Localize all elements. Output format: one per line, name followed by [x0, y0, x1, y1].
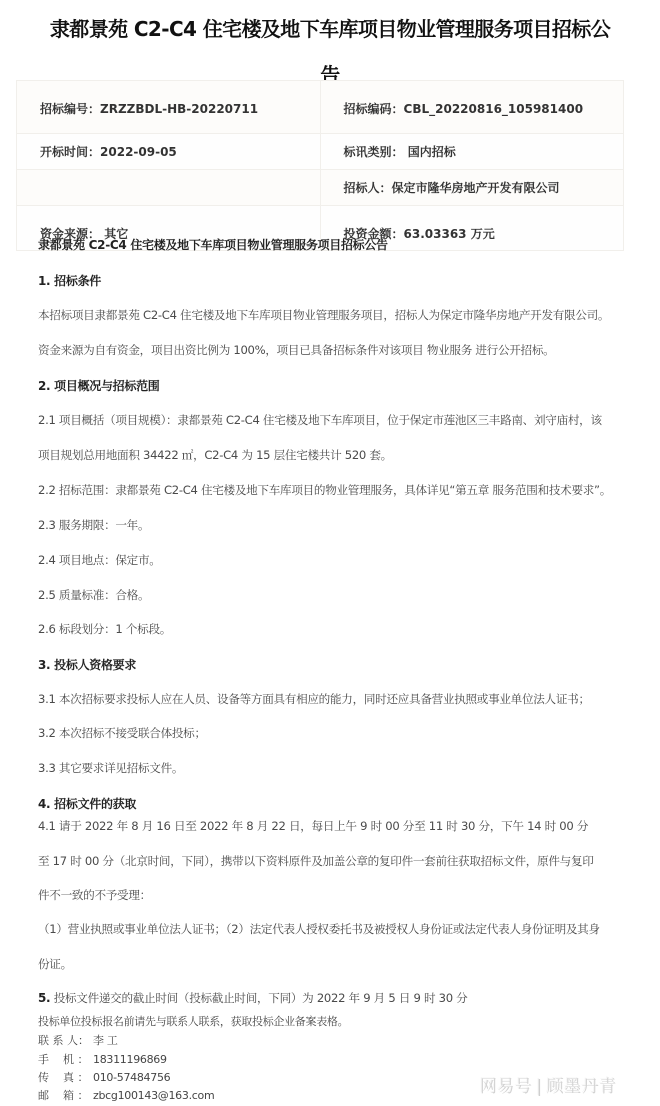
table-row: 招标编号：ZRZZBDL-HB-20220711 招标编码：CBL_202208…: [17, 81, 624, 134]
tenderer-cell: 招标人：保定市隆华房地产开发有限公司: [320, 170, 624, 206]
bid-code-cell: 招标编码：CBL_20220816_105981400: [320, 81, 624, 134]
email-label: 邮 箱 ：: [38, 1087, 93, 1103]
paragraph: 2.4 项目地点：保定市。: [38, 552, 638, 568]
section-1-heading: 1. 招标条件: [38, 272, 638, 289]
section-4-heading: 4. 招标文件的获取: [38, 795, 638, 812]
watermark-author: 顾墨丹青: [547, 1077, 617, 1097]
watermark-source: 网易号: [480, 1077, 533, 1097]
section-2-heading: 2. 项目概况与招标范围: [38, 377, 638, 394]
table-row: 开标时间：2022-09-05 标讯类别： 国内招标: [17, 134, 624, 170]
section-3-heading: 3. 投标人资格要求: [38, 656, 638, 673]
watermark-separator: |: [537, 1077, 543, 1097]
bid-info-table: 招标编号：ZRZZBDL-HB-20220711 招标编码：CBL_202208…: [16, 80, 624, 251]
opening-time-cell: 开标时间：2022-09-05: [17, 134, 321, 170]
paragraph: 4.1 请于 2022 年 8 月 16 日至 2022 年 8 月 22 日，…: [38, 818, 638, 834]
paragraph: 2.5 质量标准：合格。: [38, 587, 638, 603]
contact-person: 联 系 人：李 工: [38, 1032, 638, 1048]
empty-cell: [17, 170, 321, 206]
paragraph: 份证。: [38, 956, 638, 972]
contact-phone: 手 机 ：18311196869: [38, 1051, 638, 1067]
paragraph: 3.2 本次招标不接受联合体投标；: [38, 725, 638, 741]
section-5-text: 投标文件递交的截止时间（投标截止时间，下同）为 2022 年 9 月 5 日 9…: [50, 991, 467, 1005]
paragraph: 本招标项目隶都景苑 C2-C4 住宅楼及地下车库项目物业管理服务项目，招标人为保…: [38, 307, 638, 323]
paragraph: 2.2 招标范围：隶都景苑 C2-C4 住宅楼及地下车库项目的物业管理服务，具体…: [38, 482, 638, 498]
paragraph: 2.6 标段划分：1 个标段。: [38, 621, 638, 637]
email-value: zbcg100143@163.com: [93, 1089, 214, 1102]
paragraph: 件不一致的不予受理：: [38, 887, 638, 903]
watermark: 网易号|顾墨丹青: [480, 1072, 617, 1097]
paragraph: （1）营业执照或事业单位法人证书；（2）法定代表人授权委托书及被授权人身份证或法…: [38, 921, 638, 937]
paragraph: 2.1 项目概括（项目规模）：隶都景苑 C2-C4 住宅楼及地下车库项目，位于保…: [38, 412, 638, 428]
paragraph: 3.1 本次招标要求投标人应在人员、设备等方面具有相应的能力，同时还应具备营业执…: [38, 691, 638, 707]
contact-person-value: 李 工: [93, 1034, 118, 1047]
section-5-heading: 5. 投标文件递交的截止时间（投标截止时间，下同）为 2022 年 9 月 5 …: [38, 990, 638, 1006]
paragraph: 2.3 服务期限：一年。: [38, 517, 638, 533]
paragraph: 3.3 其它要求详见招标文件。: [38, 760, 638, 776]
bid-number-cell: 招标编号：ZRZZBDL-HB-20220711: [17, 81, 321, 134]
contact-person-label: 联 系 人：: [38, 1032, 93, 1048]
bid-category-cell: 标讯类别： 国内招标: [320, 134, 624, 170]
paragraph: 至 17 时 00 分（北京时间，下同），携带以下资料原件及加盖公章的复印件一套…: [38, 853, 638, 869]
phone-value: 18311196869: [93, 1053, 167, 1066]
table-row: 招标人：保定市隆华房地产开发有限公司: [17, 170, 624, 206]
fax-value: 010-57484756: [93, 1071, 170, 1084]
section-5-number: 5.: [38, 991, 50, 1005]
document-heading: 隶都景苑 C2-C4 住宅楼及地下车库项目物业管理服务项目招标公告: [38, 236, 638, 253]
paragraph: 资金来源为自有资金，项目出资比例为 100%，项目已具备招标条件对该项目 物业服…: [38, 342, 638, 358]
contact-note: 投标单位投标报名前请先与联系人联系，获取投标企业备案表格。: [38, 1013, 638, 1029]
phone-label: 手 机 ：: [38, 1051, 93, 1067]
paragraph: 项目规划总用地面积 34422 ㎡，C2-C4 为 15 层住宅楼共计 520 …: [38, 447, 638, 463]
fax-label: 传 真 ：: [38, 1069, 93, 1085]
title-line-1: 隶都景苑 C2-C4 住宅楼及地下车库项目物业管理服务项目招标公: [50, 17, 610, 41]
